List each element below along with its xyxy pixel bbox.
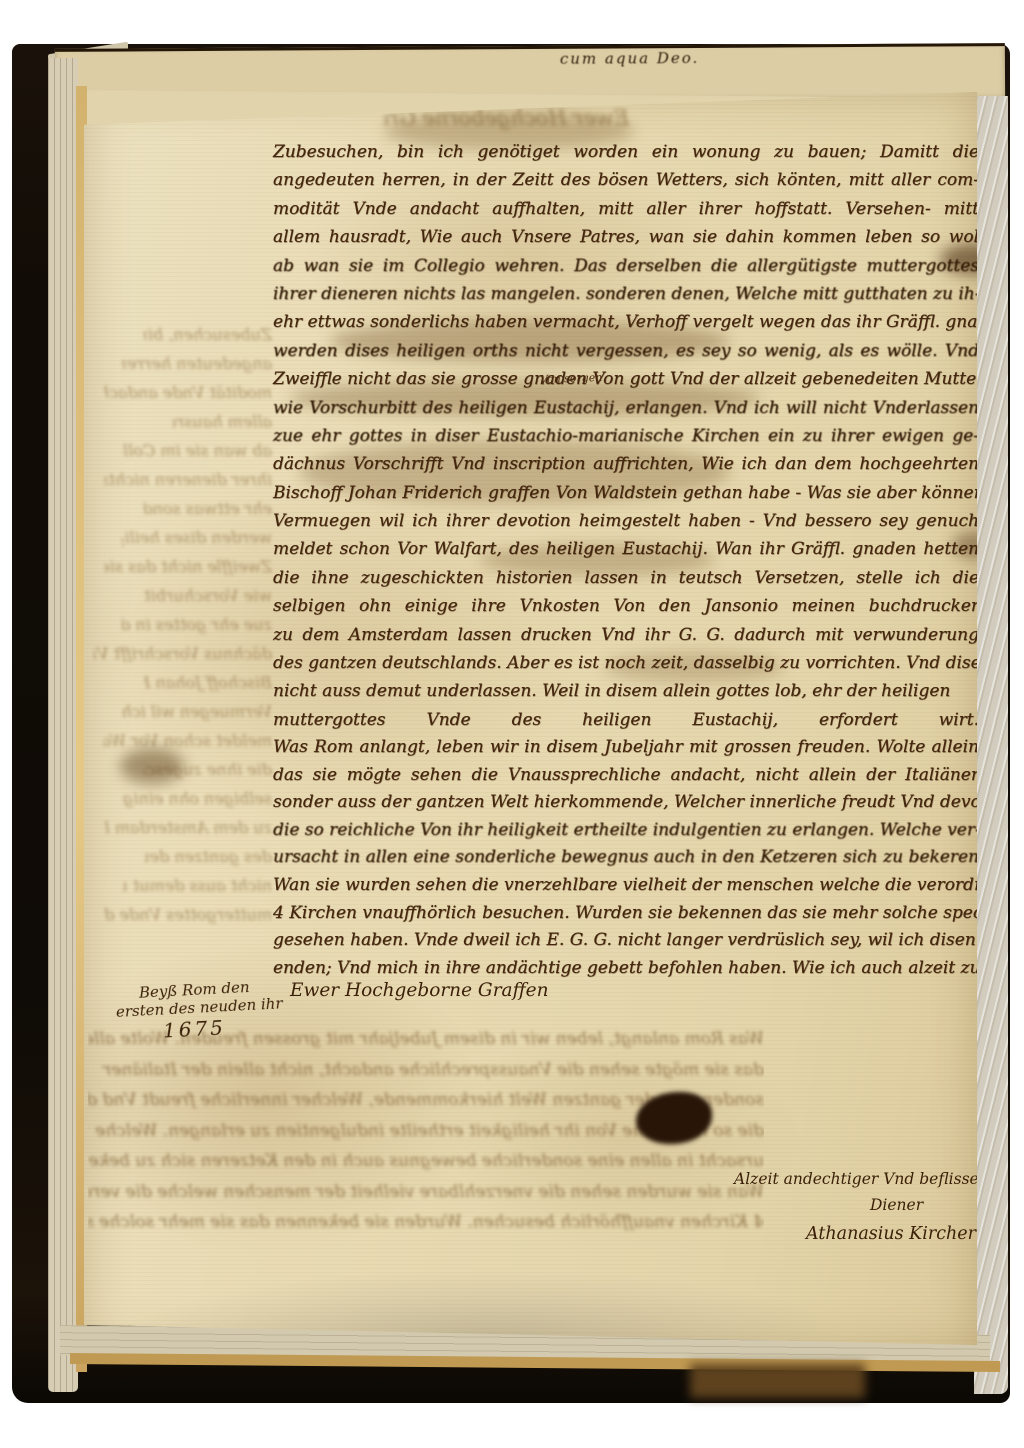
ink-bleedthrough-left-margin: Zubesuchen, bin ich genötiget worden ein…: [92, 320, 272, 929]
ink-bleedthrough-line: wie Vorschurbitt des heiligen Eustachij,…: [144, 581, 272, 610]
ink-bleedthrough-line: Vermuegen wil ich ihrer devotion heimges…: [122, 697, 272, 726]
ink-bleedthrough-line: Zubesuchen, bin ich genötiget worden ein…: [144, 320, 272, 349]
ink-bleedthrough-line: angedeuten herren, in der Zeitt des böse…: [122, 349, 272, 378]
ink-bleedthrough-line: nicht auss demut underlassen. Weil in di…: [122, 871, 272, 900]
ink-bleedthrough-line: muttergottes Vnde des heiligen Eustachij…: [104, 900, 272, 929]
manuscript-line: muttergottes Vnde des heiligen Eustachij…: [273, 706, 979, 734]
ink-bleedthrough-line: ursacht in allen eine sonderliche bewegn…: [88, 1146, 764, 1177]
ink-bleedthrough-line: Zweiffle nicht das sie grosse gnaden Von…: [104, 552, 272, 581]
letter-paragraph-2: Was Rom anlangt, leben wir in disem Jube…: [273, 734, 979, 982]
ink-bleedthrough-line: gesehen haben. Vnde dweil ich E. G. G. n…: [88, 1238, 764, 1239]
manuscript-line: 4 Kirchen vnauffhörlich besuchen. Wurden…: [273, 900, 979, 928]
ink-bleedthrough-line: Wan sie wurden sehen die vnerzehlbare vi…: [88, 1177, 764, 1208]
manuscript-line: meldet schon Vor Walfart, des heiligen E…: [273, 535, 979, 563]
manuscript-line: Bischoff Johan Friderich graffen Von Wal…: [273, 479, 979, 507]
manuscript-line: Vermuegen wil ich ihrer devotion heimges…: [273, 507, 979, 535]
ink-bleedthrough-line: ehr ettwas sonderlichs haben vermacht, V…: [144, 494, 272, 523]
signature: Athanasius Kircher: [806, 1224, 976, 1244]
manuscript-line: zue ehr gottes in diser Eustachio-marian…: [273, 422, 979, 450]
ink-bleedthrough-line: ihrer dieneren nichts las mangelen. sond…: [104, 465, 272, 494]
manuscript-line: Wan sie wurden sehen die vnerzehlbare vi…: [273, 872, 979, 900]
closing-servant: Diener: [870, 1196, 923, 1214]
ink-bleedthrough-line: Bischoff Johan Friderich graffen Von Wal…: [144, 668, 272, 697]
manuscript-line: Was Rom anlangt, leben wir in disem Jube…: [273, 734, 979, 762]
right-page-edges: [974, 96, 1008, 1394]
letter-page: Ewer Hochgeborne Graffen Zubesuchen, bin…: [84, 92, 977, 1350]
manuscript-line: des gantzen deutschlands. Aber es ist no…: [273, 649, 979, 677]
left-page-edges: [48, 58, 78, 1392]
bottom-shadow-stain: [690, 1364, 865, 1398]
manuscript-line: modität Vnde andacht auffhalten, mitt al…: [273, 195, 979, 223]
manuscript-line: enden; Vnd mich in ihre andächtige gebet…: [273, 955, 979, 983]
manuscript-line: das sie mögte sehen die Vnaussprechliche…: [273, 762, 979, 790]
manuscript-line: werden dises heiligen orths nicht verges…: [273, 337, 979, 365]
manuscript-line: zu dem Amsterdam lassen drucken Vnd ihr …: [273, 621, 979, 649]
ink-bleedthrough-line: 4 Kirchen vnauffhörlich besuchen. Wurden…: [88, 1207, 764, 1238]
dateline: Beyß Rom den ersten des neuden ihr 1675: [115, 975, 308, 1045]
manuscript-line: wie Vorschurbitt des heiligen Eustachij,…: [273, 394, 979, 422]
manuscript-line: sonder auss der gantzen Welt hierkommend…: [273, 789, 979, 817]
closing-formula: Alzeit andechtiger Vnd beflissener: [734, 1170, 1005, 1188]
ink-bleedthrough-line: selbigen ohn einige ihre Vnkosten Von de…: [122, 784, 272, 813]
manuscript-line: ihrer dieneren nichts las mangelen. sond…: [273, 280, 979, 308]
ink-bleedthrough-line: das sie mögte sehen die Vnaussprechliche…: [88, 1055, 764, 1086]
manuscript-line: dächnus Vorschrifft Vnd inscription auff…: [273, 450, 979, 478]
valediction: Ewer Hochgeborne Graffen: [290, 980, 549, 1001]
manuscript-line: die so reichliche Von ihr heiligkeit ert…: [273, 817, 979, 845]
ink-bleedthrough-line: werden dises heiligen orths nicht verges…: [122, 523, 272, 552]
manuscript-line: nicht auss demut underlassen. Weil in di…: [273, 677, 979, 705]
manuscript-line: die ihne zugeschickten historien lassen …: [273, 564, 979, 592]
ink-bleedthrough-line: zu dem Amsterdam lassen drucken Vnd ihr …: [104, 813, 272, 842]
manuscript-line: allem hausradt, Wie auch Vnsere Patres, …: [273, 223, 979, 251]
manuscript-line: Zweiffle nicht das sie grosse gnaden Von…: [273, 365, 979, 393]
manuscript-line: selbigen ohn einige ihre Vnkosten Von de…: [273, 592, 979, 620]
manuscript-line: ab wan sie im Collegio wehren. Das derse…: [273, 252, 979, 280]
letter-paragraph-1: Zubesuchen, bin ich genötiget worden ein…: [273, 138, 979, 734]
ink-smudge: [120, 748, 184, 784]
cut-off-text-line: cum aqua Deo.: [560, 49, 700, 68]
manuscript-line: ursacht in allen eine sonderliche bewegn…: [273, 844, 979, 872]
manuscript-line: Zubesuchen, bin ich genötiget worden ein…: [273, 138, 979, 166]
ink-bleedthrough-line: modität Vnde andacht auffhalten, mitt al…: [104, 378, 272, 407]
ink-bleedthrough-line: dächnus Vorschrifft Vnd inscription auff…: [94, 639, 272, 668]
ink-bleedthrough-line: ab wan sie im Collegio wehren. Das derse…: [122, 436, 272, 465]
ink-bleedthrough-line: meldet schon Vor Walfart, des heiligen E…: [104, 726, 272, 755]
ink-bleedthrough-line: allem hausradt, Wie auch Vnsere Patres, …: [172, 407, 272, 436]
interlinear-insertion: Von sorgen: [540, 371, 603, 386]
ink-bleedthrough-line: des gantzen deutschlands. Aber es ist no…: [144, 842, 272, 871]
manuscript-line: ehr ettwas sonderlichs haben vermacht, V…: [273, 308, 979, 336]
manuscript-line: angedeuten herren, in der Zeitt des böse…: [273, 166, 979, 194]
manuscript-line: gesehen haben. Vnde dweil ich E. G. G. n…: [273, 927, 979, 955]
ink-bleedthrough-line: zue ehr gottes in diser Eustachio-marian…: [122, 610, 272, 639]
